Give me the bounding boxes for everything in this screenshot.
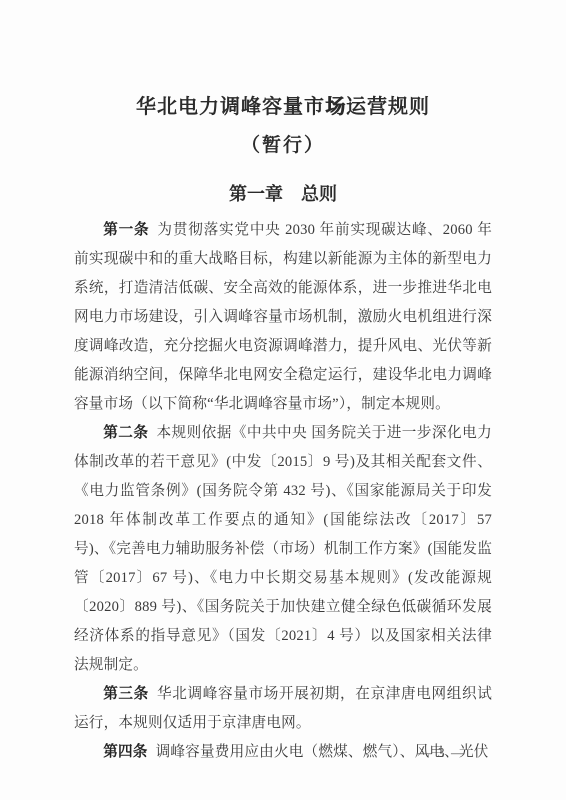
article-2-text: 本规则依据《中共中央 国务院关于进一步深化电力体制改革的若干意见》(中发〔201… (74, 425, 492, 673)
document-page: 华北电力调峰容量市场运营规则 （暂行） 第一章 总则 第一条为贯彻落实党中央 2… (0, 0, 566, 800)
article-1: 第一条为贯彻落实党中央 2030 年前实现碳达峰、2060 年前实现碳中和的重大… (74, 216, 492, 419)
document-subtitle: （暂行） (74, 133, 492, 158)
article-1-label: 第一条 (103, 222, 149, 238)
article-2: 第二条本规则依据《中共中央 国务院关于进一步深化电力体制改革的若干意见》(中发〔… (74, 419, 492, 680)
document-title: 华北电力调峰容量市场运营规则 (74, 94, 492, 120)
article-3-label: 第三条 (103, 686, 149, 702)
document-title-pre: 华北电力调峰容量市 (136, 96, 325, 118)
document-title-post: 运营规则 (346, 96, 430, 118)
article-1-text: 为贯彻落实党中央 2030 年前实现碳达峰、2060 年前实现碳中和的重大战略目… (74, 222, 492, 412)
chapter-heading: 第一章 总则 (74, 182, 492, 206)
article-4-label: 第四条 (103, 744, 147, 760)
page-number: — 3 — (418, 745, 466, 761)
document-title-emphasis: 场 (325, 96, 346, 118)
article-3: 第三条华北调峰容量市场开展初期，在京津唐电网组织试运行，本规则仅适用于京津唐电网… (74, 680, 492, 738)
article-2-label: 第二条 (103, 425, 148, 441)
